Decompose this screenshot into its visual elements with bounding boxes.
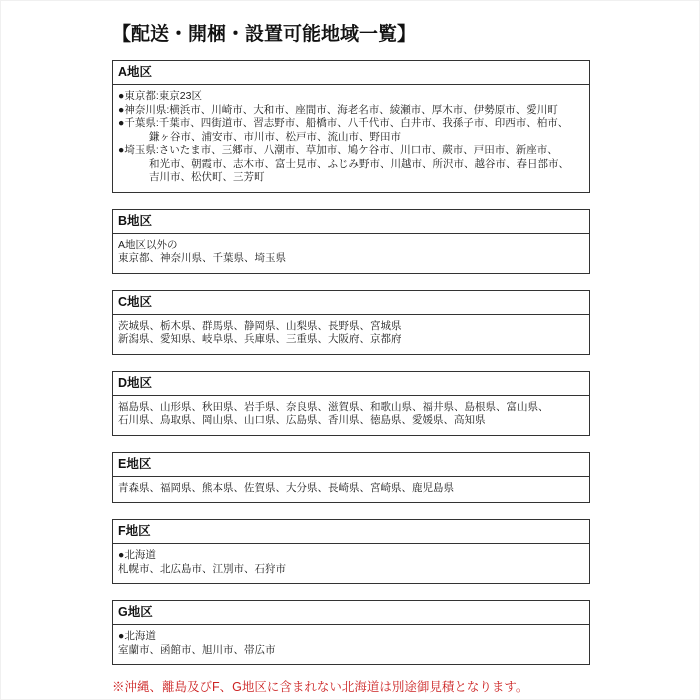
region-body-C: 茨城県、栃木県、群馬県、静岡県、山梨県、長野県、宮城県新潟県、愛知県、岐阜県、兵… bbox=[113, 315, 589, 354]
region-header-F: F地区 bbox=[113, 520, 589, 544]
region-header-D: D地区 bbox=[113, 372, 589, 396]
region-body-E: 青森県、福岡県、熊本県、佐賀県、大分県、長崎県、宮崎県、鹿児島県 bbox=[113, 477, 589, 503]
region-line: 和光市、朝霞市、志木市、富士見市、ふじみ野市、川越市、所沢市、越谷市、春日部市、 bbox=[118, 158, 585, 172]
region-header-C: C地区 bbox=[113, 291, 589, 315]
region-line: ●東京都:東京23区 bbox=[118, 90, 585, 104]
region-line: ●北海道 bbox=[118, 630, 585, 644]
region-section-B: B地区A地区以外の東京都、神奈川県、千葉県、埼玉県 bbox=[112, 209, 590, 274]
region-body-F: ●北海道札幌市、北広島市、江別市、石狩市 bbox=[113, 544, 589, 583]
region-line: 東京都、神奈川県、千葉県、埼玉県 bbox=[118, 252, 585, 266]
region-line: 石川県、鳥取県、岡山県、山口県、広島県、香川県、徳島県、愛媛県、高知県 bbox=[118, 414, 585, 428]
region-line: 茨城県、栃木県、群馬県、静岡県、山梨県、長野県、宮城県 bbox=[118, 320, 585, 334]
region-body-A: ●東京都:東京23区●神奈川県:横浜市、川崎市、大和市、座間市、海老名市、綾瀬市… bbox=[113, 85, 589, 192]
region-header-E: E地区 bbox=[113, 453, 589, 477]
region-line: 吉川市、松伏町、三芳町 bbox=[118, 171, 585, 185]
region-section-list: A地区●東京都:東京23区●神奈川県:横浜市、川崎市、大和市、座間市、海老名市、… bbox=[112, 60, 590, 665]
region-body-B: A地区以外の東京都、神奈川県、千葉県、埼玉県 bbox=[113, 234, 589, 273]
region-line: 福島県、山形県、秋田県、岩手県、奈良県、滋賀県、和歌山県、福井県、島根県、富山県… bbox=[118, 401, 585, 415]
region-line: ●千葉県:千葉市、四街道市、習志野市、船橋市、八千代市、白井市、我孫子市、印西市… bbox=[118, 117, 585, 131]
region-line: 青森県、福岡県、熊本県、佐賀県、大分県、長崎県、宮崎県、鹿児島県 bbox=[118, 482, 585, 496]
region-line: 室蘭市、函館市、旭川市、帯広市 bbox=[118, 644, 585, 658]
region-header-G: G地区 bbox=[113, 601, 589, 625]
region-line: 新潟県、愛知県、岐阜県、兵庫県、三重県、大阪府、京都府 bbox=[118, 333, 585, 347]
region-body-D: 福島県、山形県、秋田県、岩手県、奈良県、滋賀県、和歌山県、福井県、島根県、富山県… bbox=[113, 396, 589, 435]
footnote-remote-area-note: ※沖縄、離島及びF、G地区に含まれない北海道は別途御見積となります。 bbox=[112, 679, 590, 695]
region-line: 札幌市、北広島市、江別市、石狩市 bbox=[118, 563, 585, 577]
region-line: 鎌ヶ谷市、浦安市、市川市、松戸市、流山市、野田市 bbox=[118, 131, 585, 145]
region-section-A: A地区●東京都:東京23区●神奈川県:横浜市、川崎市、大和市、座間市、海老名市、… bbox=[112, 60, 590, 193]
region-section-G: G地区●北海道室蘭市、函館市、旭川市、帯広市 bbox=[112, 600, 590, 665]
region-section-E: E地区青森県、福岡県、熊本県、佐賀県、大分県、長崎県、宮崎県、鹿児島県 bbox=[112, 452, 590, 504]
region-line: ●神奈川県:横浜市、川崎市、大和市、座間市、海老名市、綾瀬市、厚木市、伊勢原市、… bbox=[118, 104, 585, 118]
region-header-B: B地区 bbox=[113, 210, 589, 234]
region-line: ●北海道 bbox=[118, 549, 585, 563]
region-section-D: D地区福島県、山形県、秋田県、岩手県、奈良県、滋賀県、和歌山県、福井県、島根県、… bbox=[112, 371, 590, 436]
delivery-area-info-image: { "page": { "title": "【配送・開梱・設置可能地域一覧】",… bbox=[0, 0, 700, 700]
region-header-A: A地区 bbox=[113, 61, 589, 85]
region-section-C: C地区茨城県、栃木県、群馬県、静岡県、山梨県、長野県、宮城県新潟県、愛知県、岐阜… bbox=[112, 290, 590, 355]
region-body-G: ●北海道室蘭市、函館市、旭川市、帯広市 bbox=[113, 625, 589, 664]
region-line: A地区以外の bbox=[118, 239, 585, 253]
page-title: 【配送・開梱・設置可能地域一覧】 bbox=[112, 22, 590, 48]
region-section-F: F地区●北海道札幌市、北広島市、江別市、石狩市 bbox=[112, 519, 590, 584]
delivery-area-document: 【配送・開梱・設置可能地域一覧】 A地区●東京都:東京23区●神奈川県:横浜市、… bbox=[112, 22, 590, 695]
region-line: ●埼玉県:さいたま市、三郷市、八潮市、草加市、鳩ケ谷市、川口市、蕨市、戸田市、新… bbox=[118, 144, 585, 158]
